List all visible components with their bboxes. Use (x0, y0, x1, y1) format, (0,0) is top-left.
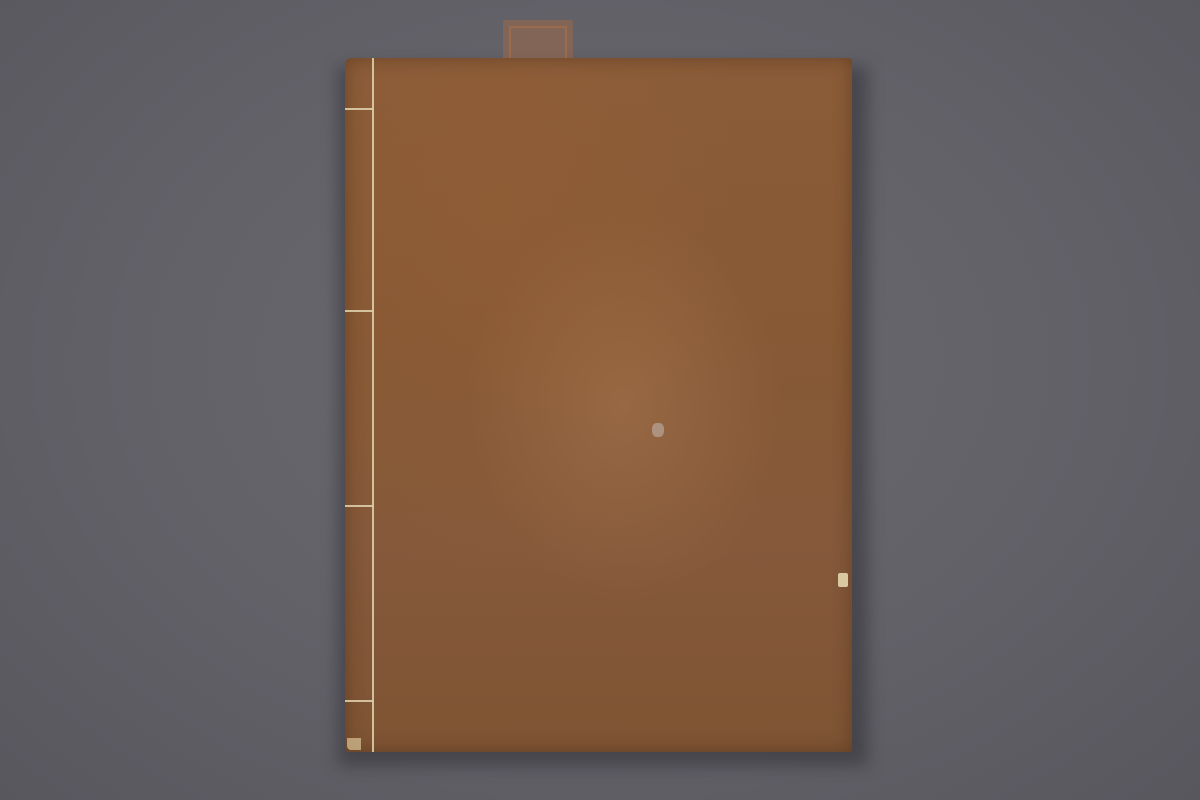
worn-spot (652, 423, 664, 437)
book-cover (345, 58, 852, 752)
binding-stitch (345, 108, 373, 110)
binding-stitch (345, 700, 373, 702)
worn-corner (347, 738, 361, 750)
edge-damage (838, 573, 848, 587)
binding-stitch (345, 505, 373, 507)
binding-thread-vertical (372, 58, 374, 752)
binding-stitch (345, 310, 373, 312)
